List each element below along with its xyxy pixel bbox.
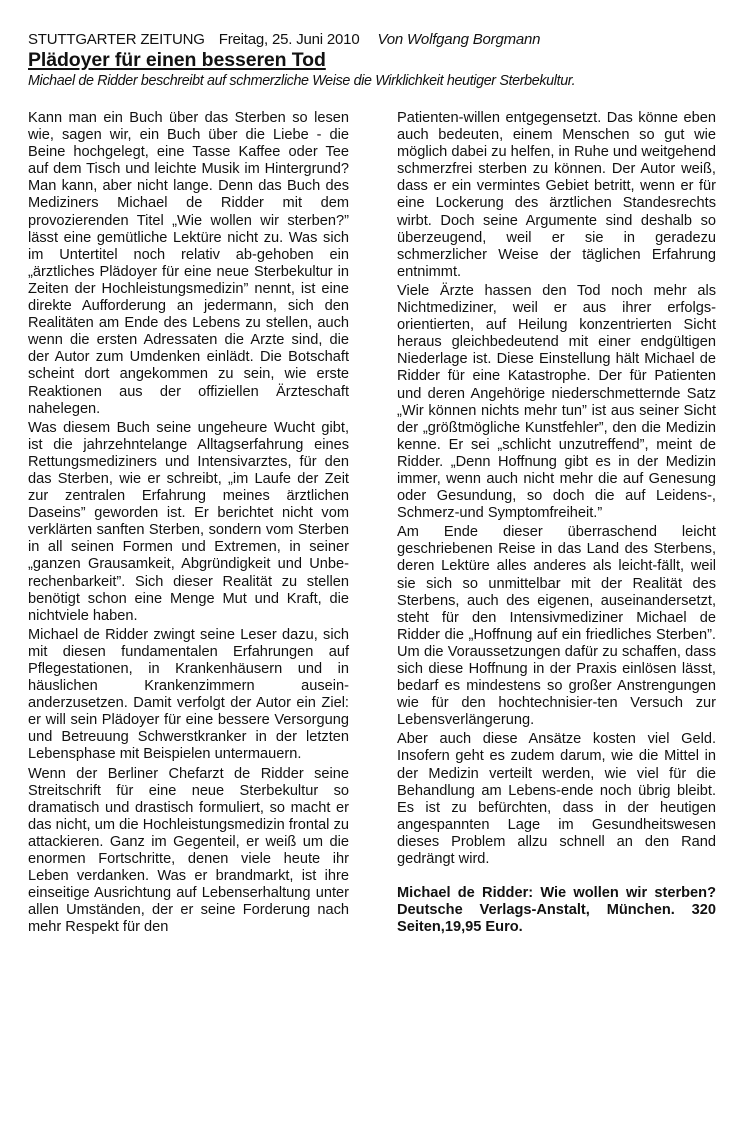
article-header: STUTTGARTER ZEITUNGFreitag, 25. Juni 201… [28, 30, 728, 90]
paragraph: Aber auch diese Ansätze kosten viel Geld… [397, 731, 716, 868]
article-author: Von Wolfgang Borgmann [377, 31, 540, 48]
paragraph: Patienten-willen entgegensetzt. Das könn… [397, 110, 716, 281]
article-subtitle: Michael de Ridder beschreibt auf schmerz… [28, 72, 728, 90]
newspaper-page: STUTTGARTER ZEITUNGFreitag, 25. Juni 201… [0, 0, 748, 1141]
publication-date: Freitag, 25. Juni 2010 [219, 31, 360, 48]
paragraph: Am Ende dieser überraschend leicht gesch… [397, 524, 716, 729]
article-column-right: Patienten-willen entgegensetzt. Das könn… [397, 110, 716, 936]
paragraph: Viele Ärzte hassen den Tod noch mehr als… [397, 283, 716, 522]
article-title: Plädoyer für einen besseren Tod [28, 49, 728, 72]
paragraph: Was diesem Buch seine ungeheure Wucht gi… [28, 420, 349, 625]
paragraph: Kann man ein Buch über das Sterben so le… [28, 110, 349, 418]
paragraph: Wenn der Berliner Chefarzt de Ridder sei… [28, 766, 349, 937]
book-reference: Michael de Ridder: Wie wollen wir sterbe… [397, 885, 716, 936]
article-column-left: Kann man ein Buch über das Sterben so le… [28, 110, 349, 937]
article-meta-line: STUTTGARTER ZEITUNGFreitag, 25. Juni 201… [28, 30, 728, 49]
paragraph: Michael de Ridder zwingt seine Leser daz… [28, 627, 349, 764]
newspaper-name: STUTTGARTER ZEITUNG [28, 31, 205, 48]
